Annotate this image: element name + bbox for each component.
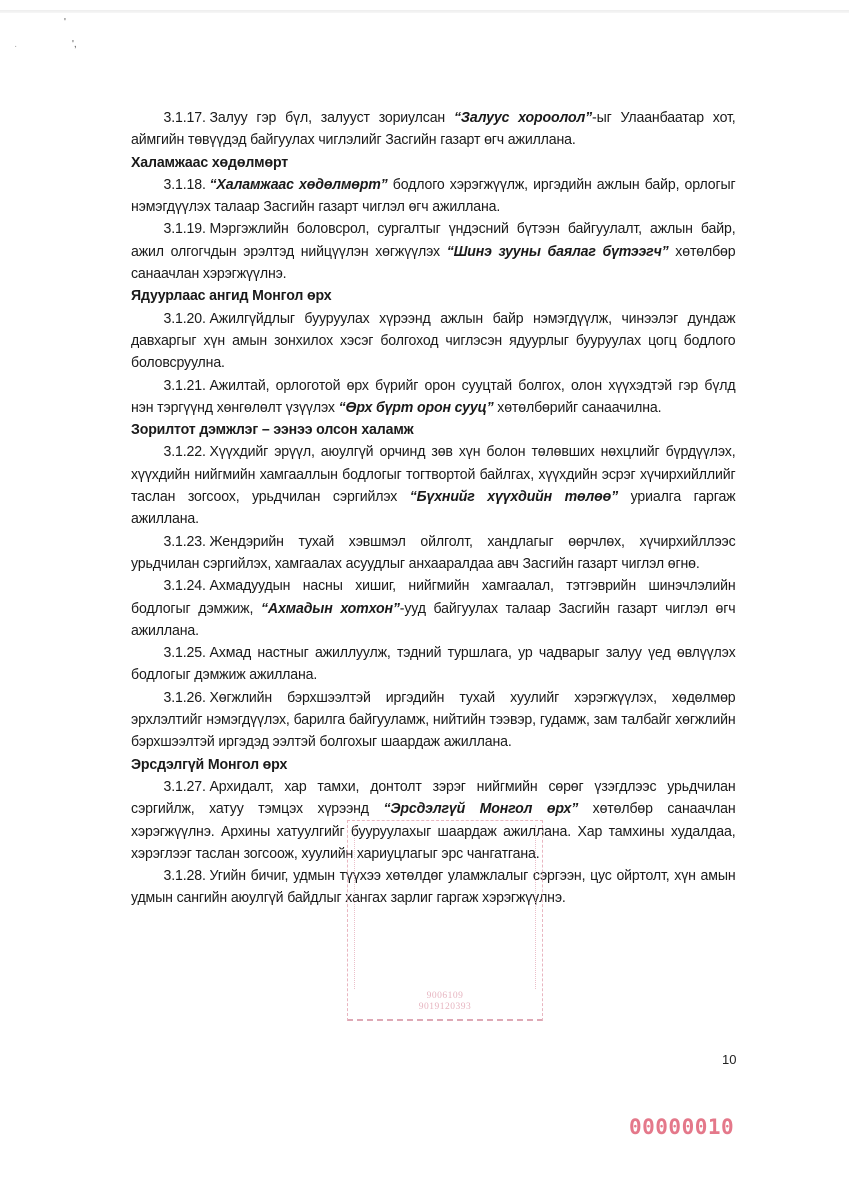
document-body: 3.1.17.Залуу гэр бүл, залууст зориулсан … bbox=[131, 107, 736, 910]
clause-paragraph: 3.1.20.Ажилгүйдлыг бууруулах хүрээнд ажл… bbox=[131, 308, 736, 375]
clause-number: 3.1.20. bbox=[164, 310, 206, 327]
scan-speck: ', bbox=[72, 40, 77, 50]
program-title: “Өрх бүрт орон сууц” bbox=[339, 399, 494, 416]
program-title: “Эрсдэлгүй Монгол өрх” bbox=[383, 800, 578, 817]
program-title: “Бүхнийг хүүхдийн төлөө” bbox=[410, 488, 618, 505]
section-heading: Халамжаас хөдөлмөрт bbox=[131, 152, 736, 174]
clause-number: 3.1.28. bbox=[164, 867, 206, 884]
clause-paragraph: 3.1.19.Мэргэжлийн боловсрол, сургалтыг ү… bbox=[131, 218, 736, 285]
clause-paragraph: 3.1.25.Ахмад настныг ажиллуулж, тэдний т… bbox=[131, 642, 736, 687]
clause-paragraph: 3.1.22.Хүүхдийг эрүүл, аюулгүй орчинд зө… bbox=[131, 441, 736, 530]
clause-number: 3.1.18. bbox=[164, 176, 206, 193]
page-number: 10 bbox=[722, 1052, 736, 1067]
clause-text: Залуу гэр бүл, залууст зориулсан bbox=[209, 109, 453, 126]
stamp-code-2: 9019120393 bbox=[348, 1002, 542, 1012]
program-title: “Шинэ зууны баялаг бүтээгч” bbox=[447, 243, 669, 260]
clause-number: 3.1.19. bbox=[164, 220, 206, 237]
clause-number: 3.1.21. bbox=[164, 377, 206, 394]
scan-speck: · bbox=[14, 42, 17, 52]
clause-paragraph: 3.1.21.Ажилтай, орлоготой өрх бүрийг оро… bbox=[131, 375, 736, 420]
clause-text: Ахмад настныг ажиллуулж, тэдний туршлага… bbox=[131, 644, 736, 683]
section-heading: Зорилтот дэмжлэг – ээнээ олсон халамж bbox=[131, 419, 736, 441]
clause-text: Хөгжлийн бэрхшээлтэй иргэдийн тухай хуул… bbox=[131, 689, 736, 751]
clause-text: Жендэрийн тухай хэвшмэл ойлголт, хандлаг… bbox=[131, 533, 736, 572]
stamp-inner-frame bbox=[354, 825, 536, 989]
clause-paragraph: 3.1.18.“Халамжаас хөдөлмөрт” бодлого хэр… bbox=[131, 174, 736, 219]
clause-paragraph: 3.1.24.Ахмадуудын насны хишиг, нийгмийн … bbox=[131, 575, 736, 642]
clause-number: 3.1.27. bbox=[164, 778, 206, 795]
clause-text: Ажилгүйдлыг бууруулах хүрээнд ажлын байр… bbox=[131, 310, 736, 372]
clause-paragraph: 3.1.23.Жендэрийн тухай хэвшмэл ойлголт, … bbox=[131, 531, 736, 576]
scan-speck: ' bbox=[64, 18, 66, 28]
clause-number: 3.1.26. bbox=[164, 689, 206, 706]
clause-number: 3.1.23. bbox=[164, 533, 206, 550]
serial-number-stamp: 00000010 bbox=[629, 1115, 734, 1139]
official-stamp: 9006109 9019120393 bbox=[347, 820, 543, 1021]
stamp-code-1: 9006109 bbox=[348, 991, 542, 1001]
clause-paragraph: 3.1.17.Залуу гэр бүл, залууст зориулсан … bbox=[131, 107, 736, 152]
clause-number: 3.1.24. bbox=[164, 577, 206, 594]
section-heading: Ядуурлаас ангид Монгол өрх bbox=[131, 285, 736, 307]
clause-number: 3.1.17. bbox=[164, 109, 206, 126]
clause-paragraph: 3.1.26.Хөгжлийн бэрхшээлтэй иргэдийн тух… bbox=[131, 687, 736, 754]
clause-number: 3.1.22. bbox=[164, 443, 206, 460]
section-heading: Эрсдэлгүй Монгол өрх bbox=[131, 754, 736, 776]
program-title: “Халамжаас хөдөлмөрт” bbox=[209, 176, 387, 193]
program-title: “Ахмадын хотхон” bbox=[261, 600, 400, 617]
clause-number: 3.1.25. bbox=[164, 644, 206, 661]
scan-edge-line bbox=[0, 10, 849, 13]
clause-text: хөтөлбөрийг санаачилна. bbox=[494, 399, 662, 416]
program-title: “Залуус хороолол” bbox=[454, 109, 592, 126]
